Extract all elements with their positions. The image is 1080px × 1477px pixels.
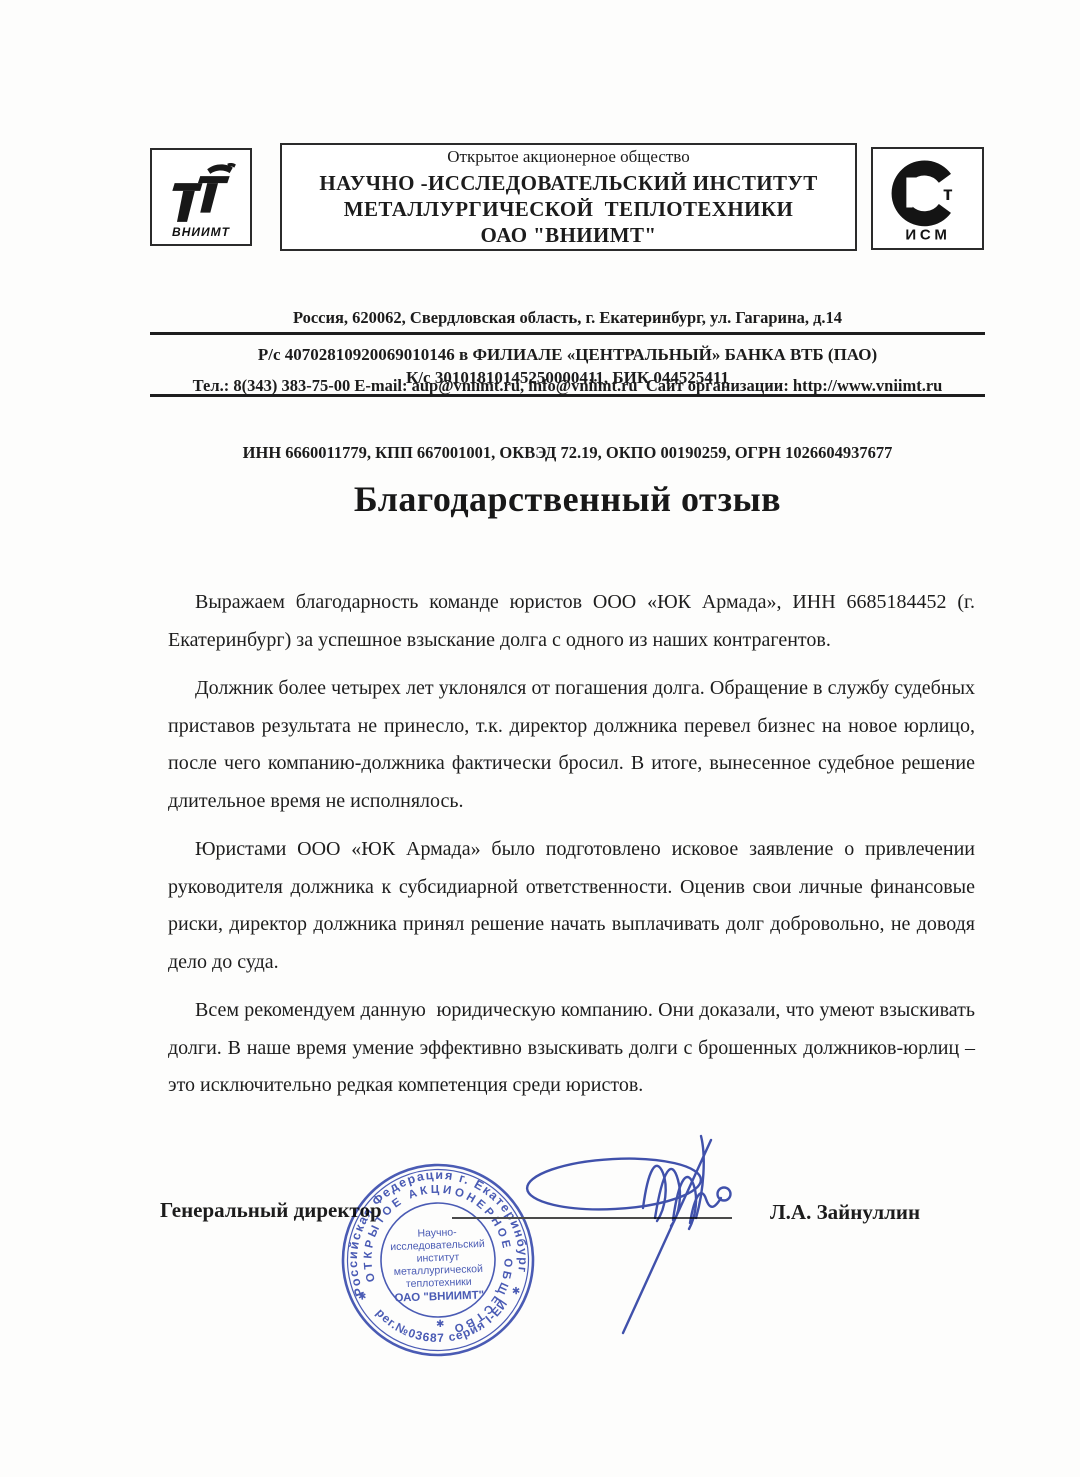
org-short-name-line: ОАО "ВНИИМТ" (481, 222, 657, 248)
org-name-box: Открытое акционерное общество НАУЧНО -ИС… (280, 143, 857, 251)
bank-corr-line: К/с 30101810145250000411, БИК 044525411 (150, 366, 985, 389)
divider-line-top (150, 332, 985, 335)
certification-mark-box: Р т ИСМ (871, 147, 984, 250)
bank-details-block: Р/с 40702810920069010146 в ФИЛИАЛЕ «ЦЕНТ… (150, 343, 985, 389)
svg-text:исследовательский: исследовательский (390, 1238, 485, 1253)
svg-text:✱: ✱ (436, 1319, 445, 1330)
vniimt-logo-label: ВНИИМТ (172, 225, 230, 239)
svg-text:Р: Р (903, 169, 932, 217)
paragraph-3: Юристами ООО «ЮК Армада» было подготовле… (168, 831, 975, 981)
page-title: Благодарственный отзыв (150, 478, 985, 520)
vniimt-logo-icon (162, 163, 240, 225)
svg-text:Научно-: Научно- (417, 1226, 457, 1239)
letter-body: Выражаем благодарность команде юристов О… (168, 584, 975, 1116)
scanned-letter-page: ВНИИМТ Открытое акционерное общество НАУ… (0, 0, 1080, 1477)
svg-text:теплотехники: теплотехники (406, 1276, 472, 1290)
org-name-line-2: МЕТАЛЛУРГИЧЕСКОЙ ТЕПЛОТЕХНИКИ (344, 196, 793, 222)
svg-text:институт: институт (416, 1251, 459, 1264)
svg-text:✱: ✱ (358, 1292, 367, 1303)
svg-text:ИСМ: ИСМ (905, 226, 950, 243)
svg-text:т: т (943, 182, 953, 204)
paragraph-4: Всем рекомендуем данную юридическую комп… (168, 992, 975, 1105)
address-line: Россия, 620062, Свердловская область, г.… (150, 307, 985, 330)
paragraph-1: Выражаем благодарность команде юристов О… (168, 584, 975, 659)
divider-line-bottom (150, 394, 985, 397)
bank-account-line: Р/с 40702810920069010146 в ФИЛИАЛЕ «ЦЕНТ… (150, 343, 985, 366)
handwritten-signature-icon (505, 1128, 775, 1343)
tax-codes-line: ИНН 6660011779, КПП 667001001, ОКВЭД 72.… (150, 442, 985, 465)
rst-ism-mark-icon: Р т ИСМ (881, 152, 975, 246)
vniimt-logo-box: ВНИИМТ (150, 148, 252, 246)
org-name-line-1: НАУЧНО -ИССЛЕДОВАТЕЛЬСКИЙ ИНСТИТУТ (319, 170, 817, 196)
signer-name-label: Л.А. Зайнуллин (770, 1200, 920, 1225)
paragraph-2: Должник более четырех лет уклонялся от п… (168, 670, 975, 820)
svg-text:ОАО "ВНИИМТ": ОАО "ВНИИМТ" (394, 1289, 484, 1304)
org-type-line: Открытое акционерное общество (447, 147, 689, 167)
